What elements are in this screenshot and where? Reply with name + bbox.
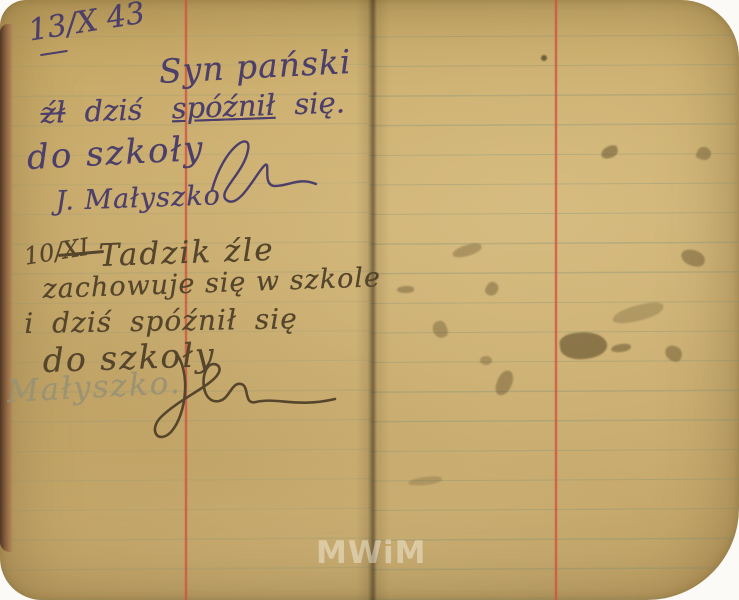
entry1-line2-word1: dziś	[84, 92, 143, 128]
entry1-signature-name: J. Małyszko	[55, 180, 221, 217]
strikethrough-word: źł	[40, 95, 66, 130]
ruled-lines-right-page	[368, 0, 739, 600]
red-margin-line-right-page	[555, 0, 557, 600]
ink-stain	[397, 286, 414, 293]
gutter-fold-shadow	[356, 0, 390, 600]
signature-flourish-entry2	[145, 344, 341, 446]
watermark: MWiM	[316, 535, 427, 571]
notebook-open-pages: 13/X 43 Syn pański źł dziś spóźnił się. …	[0, 0, 739, 600]
notebook-scan: 13/X 43 Syn pański źł dziś spóźnił się. …	[0, 0, 739, 600]
entry2-line3: i dziś spóźnił się	[24, 302, 298, 340]
ink-stain	[480, 356, 492, 365]
entry1-line2-word3: się.	[294, 85, 346, 121]
ink-stain	[541, 55, 547, 61]
binding-edge	[0, 24, 13, 552]
underlined-word: spóźnił	[171, 88, 276, 126]
